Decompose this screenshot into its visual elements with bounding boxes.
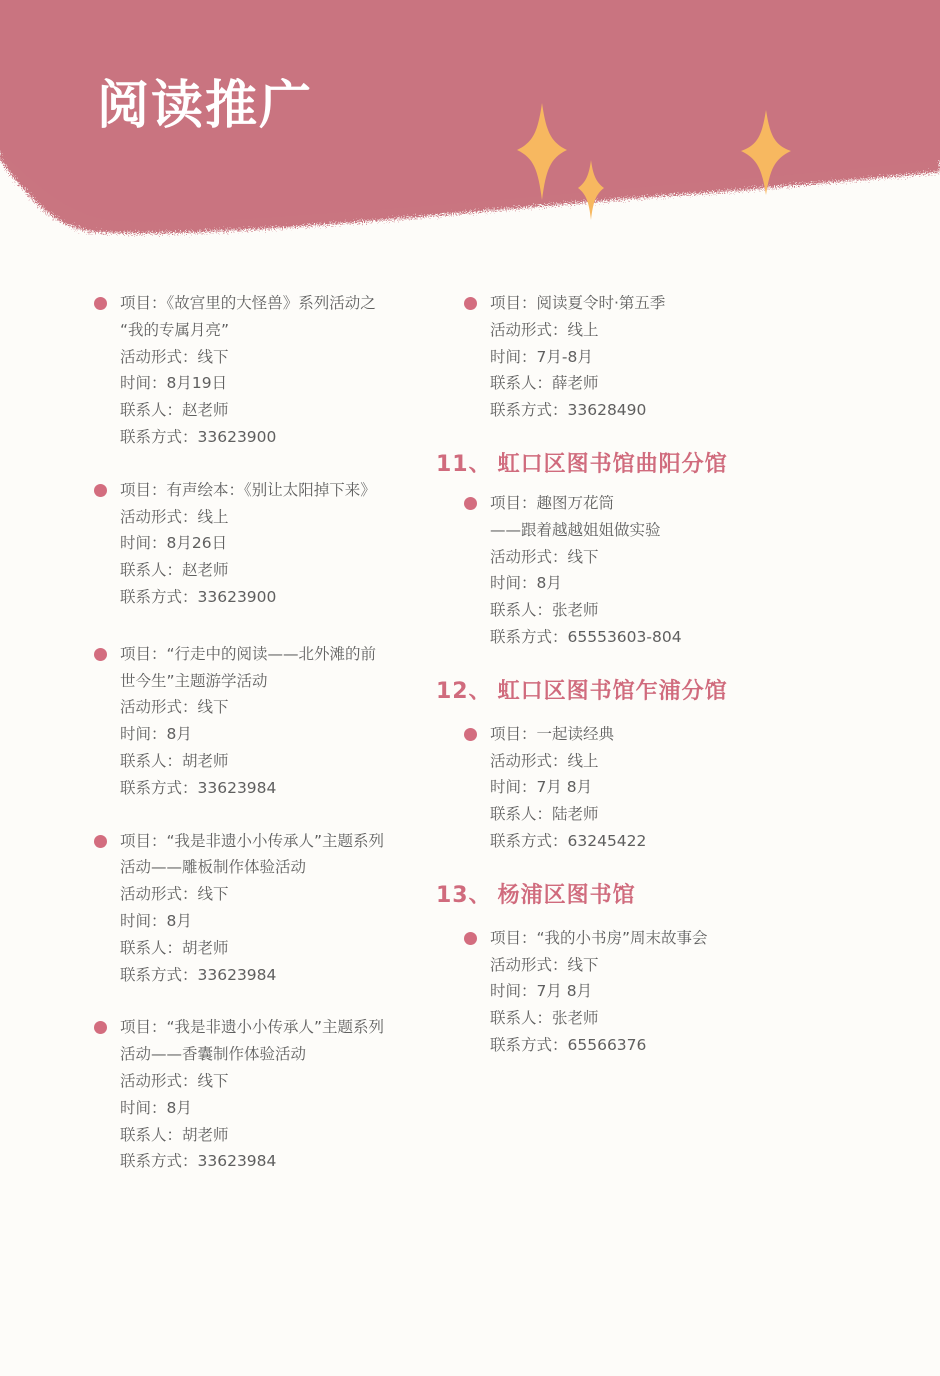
contact-person-line: 联系人：胡老师	[120, 935, 422, 962]
time-line: 时间：7月-8月	[490, 344, 766, 371]
activity-entry: 项目：一起读经典 活动形式：线上 时间：7月 8月 联系人：陆老师 联系方式：6…	[462, 721, 766, 855]
contact-person-line: 联系人：赵老师	[120, 397, 422, 424]
activity-entry: 项目：阅读夏令时·第五季 活动形式：线上 时间：7月-8月 联系人：薛老师 联系…	[462, 290, 766, 424]
format-line: 活动形式：线上	[120, 504, 422, 531]
section-heading-12: 12、虹口区图书馆乍浦分馆	[436, 677, 766, 707]
time-line: 时间：7月 8月	[490, 774, 766, 801]
time-line: 时间：8月26日	[120, 530, 422, 557]
contact-phone-line: 联系方式：65553603-804	[490, 624, 766, 651]
section-number: 13、	[436, 883, 492, 908]
section-title: 杨浦区图书馆	[498, 883, 636, 908]
section-number: 12、	[436, 679, 492, 704]
page: 阅读推广 项目：《故宫里的大怪兽》系列活动之 “我的专属月亮” 活动形式：线下 …	[0, 0, 940, 1376]
activity-entry: 项目：趣图万花筒 ——跟着越越姐姐做实验 活动形式：线下 时间：8月 联系人：张…	[462, 490, 766, 651]
project-line: 项目：“我是非遗小小传承人”主题系列	[120, 828, 422, 855]
bullet-dot-icon	[464, 932, 477, 945]
project-line: 项目：《故宫里的大怪兽》系列活动之	[120, 290, 422, 317]
contact-person-line: 联系人：胡老师	[120, 1122, 422, 1149]
format-line: 活动形式：线上	[490, 317, 766, 344]
project-line: 项目：“行走中的阅读——北外滩的前	[120, 641, 422, 668]
format-line: 活动形式：线下	[120, 694, 422, 721]
contact-person-line: 联系人：赵老师	[120, 557, 422, 584]
contact-phone-line: 联系方式：63245422	[490, 828, 766, 855]
format-line: 活动形式：线下	[490, 544, 766, 571]
project-line-cont: 世今生”主题游学活动	[120, 668, 422, 695]
project-line: 项目：阅读夏令时·第五季	[490, 290, 766, 317]
bullet-dot-icon	[94, 297, 107, 310]
format-line: 活动形式：线下	[490, 952, 766, 979]
time-line: 时间：8月	[120, 721, 422, 748]
format-line: 活动形式：线下	[120, 1068, 422, 1095]
time-line: 时间：8月	[120, 908, 422, 935]
time-line: 时间：8月	[120, 1095, 422, 1122]
project-line: 项目：一起读经典	[490, 721, 766, 748]
page-title: 阅读推广	[97, 80, 313, 132]
activity-entry: 项目：“我是非遗小小传承人”主题系列 活动——雕板制作体验活动 活动形式：线下 …	[92, 828, 422, 989]
right-column: 项目：阅读夏令时·第五季 活动形式：线上 时间：7月-8月 联系人：薛老师 联系…	[436, 290, 766, 1059]
format-line: 活动形式：线上	[490, 748, 766, 775]
activity-entry: 项目：有声绘本：《别让太阳掉下来》 活动形式：线上 时间：8月26日 联系人：赵…	[92, 477, 422, 611]
section-heading-11: 11、虹口区图书馆曲阳分馆	[436, 450, 766, 480]
time-line: 时间：7月 8月	[490, 978, 766, 1005]
bullet-dot-icon	[94, 835, 107, 848]
project-line: 项目：有声绘本：《别让太阳掉下来》	[120, 477, 422, 504]
activity-entry: 项目：“我的小书房”周末故事会 活动形式：线下 时间：7月 8月 联系人：张老师…	[462, 925, 766, 1059]
bullet-dot-icon	[464, 497, 477, 510]
time-line: 时间：8月	[490, 570, 766, 597]
activity-entry: 项目：《故宫里的大怪兽》系列活动之 “我的专属月亮” 活动形式：线下 时间：8月…	[92, 290, 422, 451]
bullet-dot-icon	[464, 297, 477, 310]
contact-phone-line: 联系方式：33623900	[120, 424, 422, 451]
bullet-dot-icon	[94, 484, 107, 497]
time-line: 时间：8月19日	[120, 370, 422, 397]
contact-person-line: 联系人：薛老师	[490, 370, 766, 397]
left-column: 项目：《故宫里的大怪兽》系列活动之 “我的专属月亮” 活动形式：线下 时间：8月…	[92, 290, 422, 1175]
contact-phone-line: 联系方式：33628490	[490, 397, 766, 424]
project-line: 项目：“我的小书房”周末故事会	[490, 925, 766, 952]
contact-phone-line: 联系方式：33623900	[120, 584, 422, 611]
project-line: 项目：“我是非遗小小传承人”主题系列	[120, 1014, 422, 1041]
header-banner: 阅读推广	[0, 0, 940, 250]
activity-entry: 项目：“行走中的阅读——北外滩的前 世今生”主题游学活动 活动形式：线下 时间：…	[92, 641, 422, 802]
contact-phone-line: 联系方式：33623984	[120, 775, 422, 802]
bullet-dot-icon	[94, 648, 107, 661]
contact-person-line: 联系人：陆老师	[490, 801, 766, 828]
section-title: 虹口区图书馆曲阳分馆	[498, 452, 728, 477]
contact-person-line: 联系人：胡老师	[120, 748, 422, 775]
contact-person-line: 联系人：张老师	[490, 1005, 766, 1032]
activity-entry: 项目：“我是非遗小小传承人”主题系列 活动——香囊制作体验活动 活动形式：线下 …	[92, 1014, 422, 1175]
format-line: 活动形式：线下	[120, 344, 422, 371]
bullet-dot-icon	[464, 728, 477, 741]
project-line-cont: ——跟着越越姐姐做实验	[490, 517, 766, 544]
project-line-cont: 活动——香囊制作体验活动	[120, 1041, 422, 1068]
contact-phone-line: 联系方式：33623984	[120, 1148, 422, 1175]
format-line: 活动形式：线下	[120, 881, 422, 908]
contact-phone-line: 联系方式：65566376	[490, 1032, 766, 1059]
contact-person-line: 联系人：张老师	[490, 597, 766, 624]
section-title: 虹口区图书馆乍浦分馆	[498, 679, 728, 704]
project-line-cont: 活动——雕板制作体验活动	[120, 854, 422, 881]
project-line-cont: “我的专属月亮”	[120, 317, 422, 344]
section-heading-13: 13、杨浦区图书馆	[436, 881, 766, 911]
bullet-dot-icon	[94, 1021, 107, 1034]
contact-phone-line: 联系方式：33623984	[120, 962, 422, 989]
section-number: 11、	[436, 452, 492, 477]
project-line: 项目：趣图万花筒	[490, 490, 766, 517]
